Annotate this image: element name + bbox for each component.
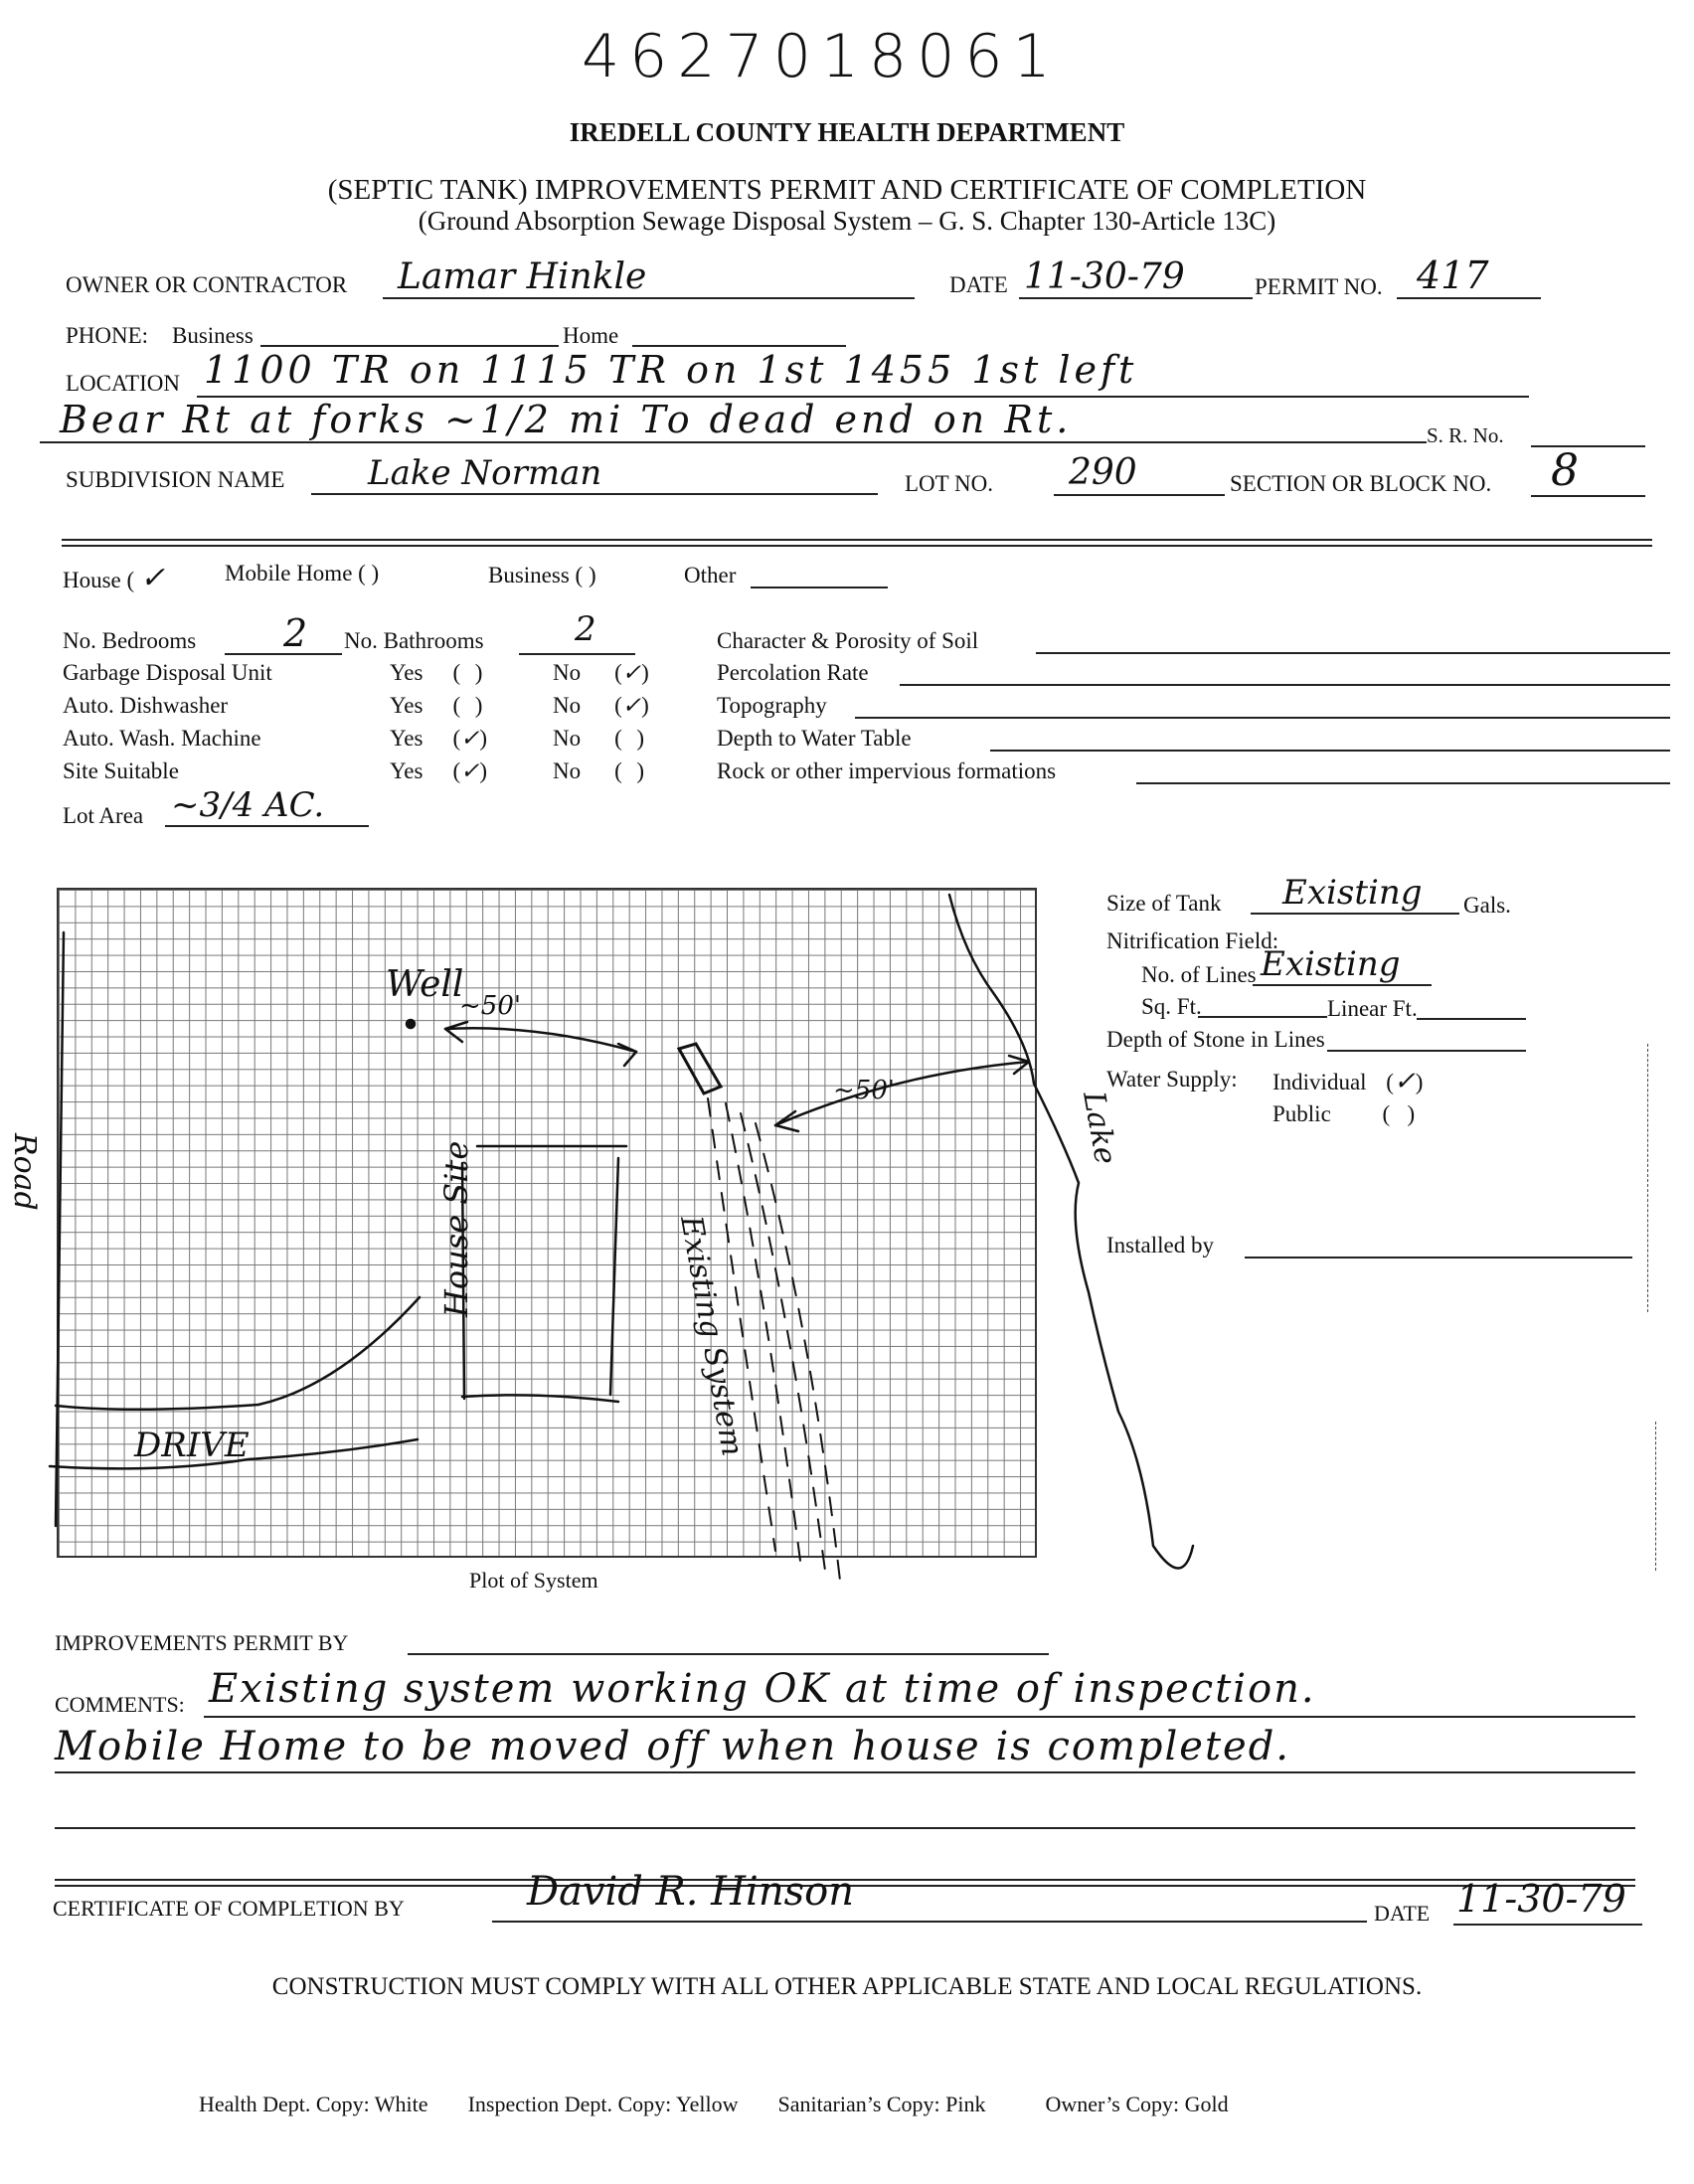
- feature-yes-option[interactable]: Yes( ): [390, 693, 482, 719]
- copy-sanitarian: Sanitarian’s Copy: Pink: [778, 2092, 986, 2116]
- feature-yes-option[interactable]: Yes(✓): [390, 758, 487, 784]
- plot-grid: [57, 888, 1037, 1558]
- date-field[interactable]: 11-30-79: [1024, 256, 1185, 297]
- sqft-label: Sq. Ft.: [1141, 994, 1202, 1020]
- bathrooms-field[interactable]: 2: [575, 609, 596, 649]
- phone-label: PHONE:: [66, 323, 148, 349]
- feature-no-option[interactable]: No( ): [553, 758, 644, 784]
- check-mark-icon: ✓: [140, 561, 165, 595]
- feature-no-option[interactable]: No(✓): [553, 693, 649, 719]
- soil-field[interactable]: [1036, 652, 1670, 654]
- owner-label: OWNER OR CONTRACTOR: [66, 272, 347, 298]
- tank-size-label: Size of Tank: [1106, 891, 1222, 917]
- stone-depth-field[interactable]: [1327, 1050, 1526, 1052]
- location-field-line2[interactable]: Bear Rt at forks ~1/2 mi To dead end on …: [60, 398, 1072, 441]
- soil-field[interactable]: [990, 750, 1670, 752]
- check-mark-icon: [622, 758, 637, 784]
- linear-ft-label: Linear Ft.: [1327, 996, 1418, 1022]
- other-field[interactable]: [751, 587, 888, 588]
- owner-field[interactable]: Lamar Hinkle: [398, 256, 646, 297]
- lot-area-field[interactable]: ~3/4 AC.: [171, 785, 324, 825]
- check-mark-icon: ✓: [460, 758, 479, 784]
- business-checkbox[interactable]: Business ( ): [488, 563, 596, 588]
- soil-label: Percolation Rate: [717, 660, 869, 686]
- nitrification-label: Nitrification Field:: [1106, 928, 1278, 954]
- soil-field[interactable]: [1136, 782, 1670, 784]
- house-checkbox[interactable]: House ( ✓: [63, 561, 165, 595]
- form-title: (SEPTIC TANK) IMPROVEMENTS PERMIT AND CE…: [0, 174, 1694, 207]
- subdivision-label: SUBDIVISION NAME: [66, 467, 284, 493]
- lines-field[interactable]: Existing: [1261, 944, 1401, 984]
- improvements-permit-field[interactable]: [408, 1653, 1049, 1655]
- phone-business-field[interactable]: [260, 345, 559, 347]
- soil-label: Topography: [717, 693, 827, 719]
- comments-label: COMMENTS:: [55, 1692, 185, 1718]
- mobile-home-checkbox[interactable]: Mobile Home ( ): [225, 561, 379, 587]
- certificate-date-label: DATE: [1374, 1901, 1430, 1927]
- permit-label: PERMIT NO.: [1255, 274, 1383, 300]
- linear-ft-field[interactable]: [1417, 1018, 1526, 1020]
- house-label: House (: [63, 568, 134, 592]
- soil-label: Depth to Water Table: [717, 726, 912, 752]
- feature-label: Site Suitable: [63, 758, 179, 784]
- check-mark-icon: [460, 660, 475, 686]
- installed-by-label: Installed by: [1106, 1233, 1214, 1259]
- feature-no-option[interactable]: No(✓): [553, 660, 649, 686]
- location-field-line1[interactable]: 1100 TR on 1115 TR on 1st 1455 1st left: [204, 348, 1137, 392]
- regulations-notice: CONSTRUCTION MUST COMPLY WITH ALL OTHER …: [0, 1973, 1694, 2001]
- soil-field[interactable]: [900, 684, 1670, 686]
- feature-label: Garbage Disposal Unit: [63, 660, 272, 686]
- sqft-field[interactable]: [1198, 1016, 1327, 1018]
- agency-name: IREDELL COUNTY HEALTH DEPARTMENT: [0, 117, 1694, 148]
- copy-inspection-dept: Inspection Dept. Copy: Yellow: [468, 2092, 739, 2116]
- check-mark-icon: ✓: [460, 726, 479, 752]
- phone-business-label: Business: [172, 323, 254, 349]
- check-mark-icon: ✓: [1394, 1067, 1416, 1096]
- date-label: DATE: [949, 272, 1008, 298]
- check-mark-icon: [460, 693, 475, 719]
- plot-caption: Plot of System: [469, 1568, 598, 1594]
- feature-no-option[interactable]: No( ): [553, 726, 644, 752]
- feature-label: Auto. Dishwasher: [63, 693, 228, 719]
- comments-field-line1[interactable]: Existing system working OK at time of in…: [209, 1666, 1316, 1712]
- soil-field[interactable]: [855, 717, 1670, 719]
- form-subtitle: (Ground Absorption Sewage Disposal Syste…: [0, 206, 1694, 237]
- svg-text:Lake: Lake: [1076, 1088, 1122, 1167]
- bedrooms-field[interactable]: 2: [283, 611, 307, 655]
- bedrooms-label: No. Bedrooms: [63, 628, 196, 654]
- water-individual-checkbox[interactable]: Individual (✓): [1272, 1067, 1423, 1096]
- location-label: LOCATION: [66, 371, 180, 397]
- lines-label: No. of Lines: [1141, 962, 1257, 988]
- check-mark-icon: [622, 726, 637, 752]
- sr-no-label: S. R. No.: [1427, 423, 1504, 448]
- svg-text:Road: Road: [7, 1132, 42, 1211]
- other-label: Other: [684, 563, 736, 588]
- sr-no-field[interactable]: [1531, 445, 1645, 447]
- copy-distribution: Health Dept. Copy: White Inspection Dept…: [199, 2092, 1229, 2117]
- installed-by-field[interactable]: [1245, 1257, 1632, 1259]
- feature-yes-option[interactable]: Yes(✓): [390, 726, 487, 752]
- permit-field[interactable]: 417: [1417, 253, 1489, 297]
- copy-health-dept: Health Dept. Copy: White: [199, 2092, 428, 2116]
- bathrooms-label: No. Bathrooms: [344, 628, 484, 654]
- comments-field-line2[interactable]: Mobile Home to be moved off when house i…: [55, 1724, 1290, 1769]
- phone-home-label: Home: [563, 323, 618, 349]
- stone-depth-label: Depth of Stone in Lines: [1106, 1027, 1325, 1053]
- certificate-label: CERTIFICATE OF COMPLETION BY: [53, 1896, 405, 1922]
- check-mark-icon: ✓: [622, 660, 641, 686]
- feature-yes-option[interactable]: Yes( ): [390, 660, 482, 686]
- phone-home-field[interactable]: [632, 345, 846, 347]
- lot-area-label: Lot Area: [63, 803, 143, 829]
- section-label: SECTION OR BLOCK NO.: [1230, 471, 1491, 497]
- document-number: 4627018061: [582, 22, 1061, 91]
- tank-size-unit: Gals.: [1463, 893, 1511, 919]
- tank-size-field[interactable]: Existing: [1282, 873, 1423, 913]
- improvements-permit-label: IMPROVEMENTS PERMIT BY: [55, 1630, 348, 1656]
- water-supply-label: Water Supply:: [1106, 1067, 1238, 1092]
- feature-label: Auto. Wash. Machine: [63, 726, 261, 752]
- certificate-signature[interactable]: David R. Hinson: [527, 1869, 854, 1915]
- certificate-date-field[interactable]: 11-30-79: [1456, 1877, 1626, 1921]
- water-public-checkbox[interactable]: Public ( ): [1272, 1101, 1415, 1127]
- soil-label: Character & Porosity of Soil: [717, 628, 978, 654]
- lot-no-label: LOT NO.: [905, 471, 993, 497]
- section-field[interactable]: 8: [1551, 445, 1579, 496]
- copy-owner: Owner’s Copy: Gold: [1046, 2092, 1229, 2116]
- soil-label: Rock or other impervious formations: [717, 758, 1056, 784]
- check-mark-icon: ✓: [622, 693, 641, 719]
- subdivision-field[interactable]: Lake Norman: [368, 453, 601, 493]
- lot-no-field[interactable]: 290: [1069, 452, 1137, 493]
